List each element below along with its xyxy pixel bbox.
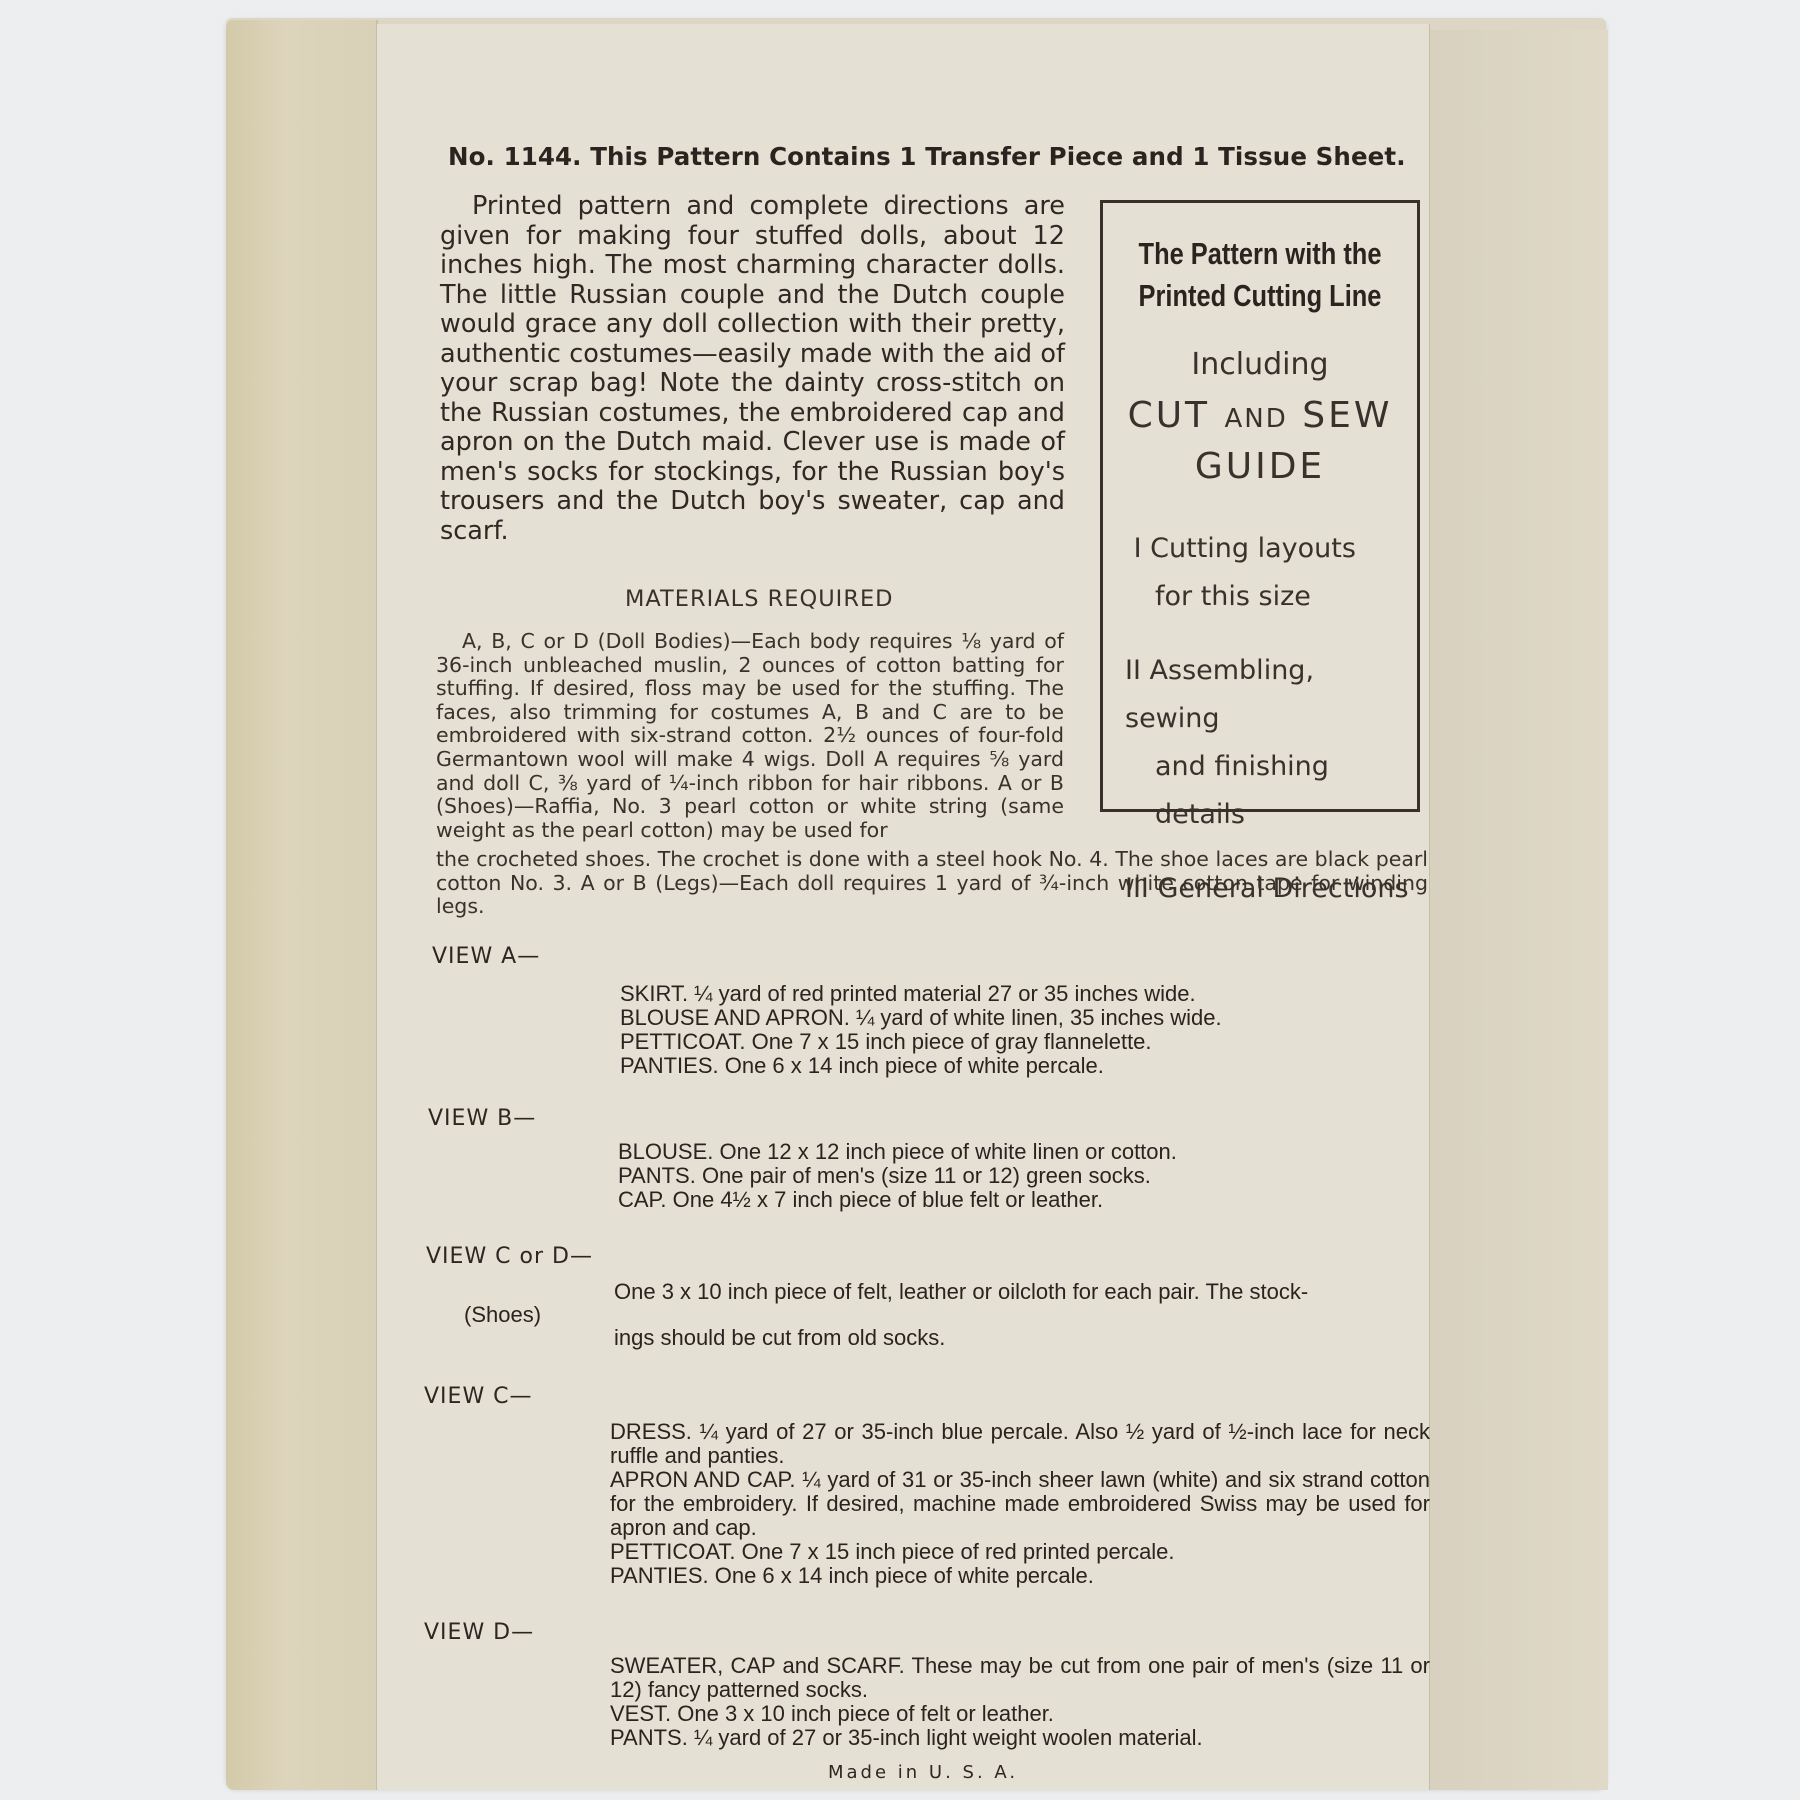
materials-body-continued: the crocheted shoes. The crochet is done…: [436, 848, 1428, 919]
material-line: PETTICOAT. One 7 x 15 inch piece of gray…: [620, 1030, 1222, 1054]
guide-item-numeral: II: [1125, 655, 1141, 686]
materials-heading: MATERIALS REQUIRED: [625, 586, 894, 612]
guide-item-text: for this size: [1125, 573, 1417, 621]
guide-sew: SEW: [1302, 395, 1392, 436]
guide-item-text: and finishing details: [1125, 743, 1417, 839]
material-line: One 3 x 10 inch piece of felt, leather o…: [614, 1280, 1308, 1304]
materials-body: A, B, C or D (Doll Bodies)—Each body req…: [436, 630, 1064, 842]
view-d-label: VIEW D—: [424, 1620, 534, 1645]
made-in-usa: Made in U. S. A.: [828, 1762, 1018, 1783]
guide-title-line-2: Printed Cutting Line: [1131, 275, 1388, 317]
guide-word: GUIDE: [1103, 443, 1417, 491]
material-line: SWEATER, CAP and SCARF. These may be cut…: [610, 1654, 1430, 1702]
material-line: BLOUSE AND APRON. ¼ yard of white linen,…: [620, 1006, 1222, 1030]
view-a-materials: SKIRT. ¼ yard of red printed material 27…: [620, 982, 1222, 1078]
guide-and: AND: [1225, 404, 1288, 434]
pattern-header: No. 1144. This Pattern Contains 1 Transf…: [448, 142, 1406, 171]
pattern-description: Printed pattern and complete directions …: [440, 192, 1065, 546]
material-line: APRON AND CAP. ¼ yard of 31 or 35-inch s…: [610, 1468, 1430, 1540]
material-line: DRESS. ¼ yard of 27 or 35-inch blue perc…: [610, 1420, 1430, 1468]
guide-including: Including: [1103, 347, 1417, 382]
view-b-materials: BLOUSE. One 12 x 12 inch piece of white …: [618, 1140, 1177, 1212]
cut-and-sew-guide-box: The Pattern with the Printed Cutting Lin…: [1100, 200, 1420, 812]
material-line: PANTS. ¼ yard of 27 or 35-inch light wei…: [610, 1726, 1430, 1750]
view-b-label: VIEW B—: [428, 1106, 536, 1131]
guide-title-line-1: The Pattern with the: [1131, 233, 1388, 275]
material-line: VEST. One 3 x 10 inch piece of felt or l…: [610, 1702, 1430, 1726]
material-line: BLOUSE. One 12 x 12 inch piece of white …: [618, 1140, 1177, 1164]
shoes-sublabel: (Shoes): [464, 1302, 541, 1328]
material-line: CAP. One 4½ x 7 inch piece of blue felt …: [618, 1188, 1177, 1212]
guide-cut-and-sew: CUT AND SEW GUIDE: [1103, 392, 1417, 491]
guide-item-text: Assembling, sewing: [1125, 655, 1314, 734]
view-c-materials: DRESS. ¼ yard of 27 or 35-inch blue perc…: [610, 1420, 1430, 1588]
view-c-or-d-label: VIEW C or D—: [426, 1244, 593, 1269]
view-c-or-d-materials: One 3 x 10 inch piece of felt, leather o…: [614, 1280, 1308, 1350]
guide-item-numeral: I: [1134, 533, 1142, 564]
view-a-label: VIEW A—: [432, 944, 540, 969]
view-d-materials: SWEATER, CAP and SCARF. These may be cut…: [610, 1654, 1430, 1750]
material-line: PETTICOAT. One 7 x 15 inch piece of red …: [610, 1540, 1430, 1564]
guide-item-cutting: I Cutting layouts for this size: [1125, 525, 1417, 621]
material-line: ings should be cut from old socks.: [614, 1326, 1308, 1350]
material-line: PANTIES. One 6 x 14 inch piece of white …: [620, 1054, 1222, 1078]
guide-box-title: The Pattern with the Printed Cutting Lin…: [1131, 233, 1388, 317]
guide-item-text: Cutting layouts: [1150, 533, 1356, 564]
guide-item-assembling: II Assembling, sewing and finishing deta…: [1125, 647, 1417, 839]
view-c-label: VIEW C—: [424, 1384, 533, 1409]
guide-cut: CUT: [1128, 395, 1210, 436]
material-line: SKIRT. ¼ yard of red printed material 27…: [620, 982, 1222, 1006]
material-line: PANTS. One pair of men's (size 11 or 12)…: [618, 1164, 1177, 1188]
material-line: PANTIES. One 6 x 14 inch piece of white …: [610, 1564, 1430, 1588]
envelope-left-flap: [226, 20, 378, 1790]
envelope-right-flap: [1428, 30, 1608, 1790]
